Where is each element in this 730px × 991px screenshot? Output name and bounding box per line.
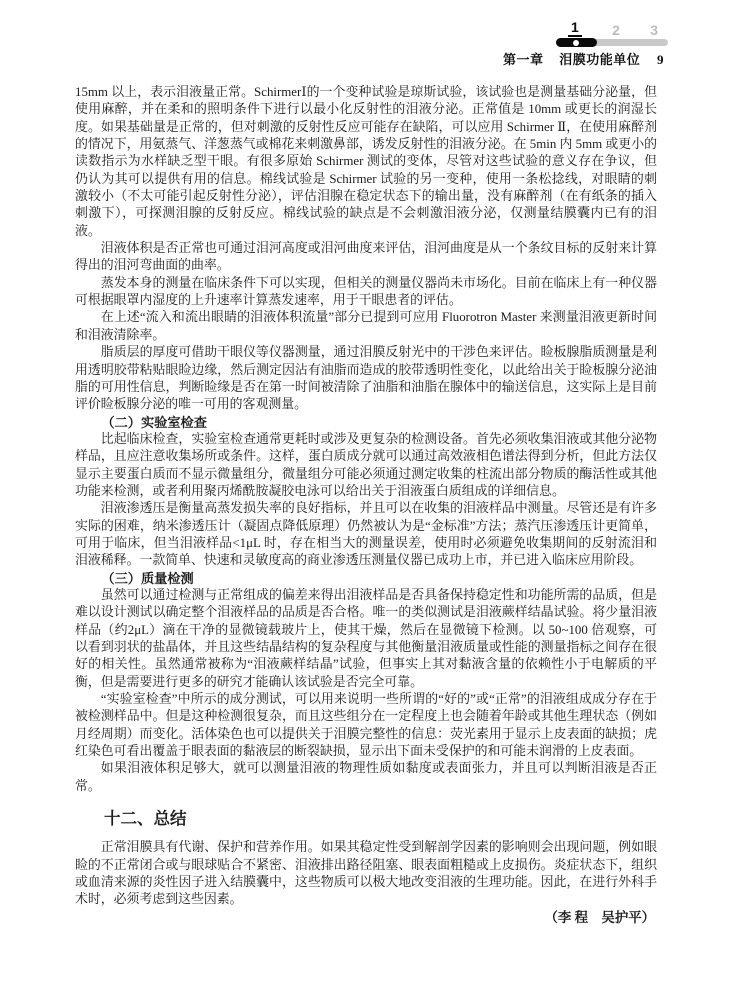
page-progress: 1 2 3 [556,19,668,46]
page-step-list: 1 2 3 [556,19,668,37]
paragraph-continuation: 15mm 以上，表示泪液量正常。SchirmerⅠ的一个变种试验是琼斯试验，该试… [75,84,657,240]
paragraph: “实验室检查”中所示的成分测试，可以用来说明一些所谓的“好的”或“正常”的泪液组… [75,691,657,760]
paragraph: 虽然可以通过检测与正常组成的偏差来得出泪液样品是否具备保持稳定性和功能所需的品质… [75,587,657,691]
paragraph: 脂质层的厚度可借助干眼仪等仪器测量，通过泪膜反射光中的干涉色来评估。睑板腺脂质测… [75,344,657,413]
progress-track[interactable] [556,39,668,46]
subsection-heading-quality-test: （三）质量检测 [75,570,657,587]
paragraph: 在上述“流入和流出眼睛的泪液体积流量”部分已提到可应用 Fluorotron M… [75,309,657,344]
chapter-label: 第一章 [503,52,544,67]
page-step-1[interactable]: 1 [568,20,582,37]
page-number: 9 [657,52,664,67]
section-heading-summary: 十二、总结 [75,811,657,828]
page-body: 15mm 以上，表示泪液量正常。SchirmerⅠ的一个变种试验是琼斯试验，该试… [75,84,657,926]
paragraph: 泪液体积是否正常也可通过泪河高度或泪河曲度来评估，泪河曲度是从一个条纹目标的反射… [75,240,657,275]
paragraph: 比起临床检查，实验室检查通常更耗时或涉及更复杂的检测设备。首先必须收集泪液或其他… [75,431,657,500]
paragraph: 如果泪液体积足够大，就可以测量泪液的物理性质如黏度或表面张力，并且可以判断泪液是… [75,760,657,795]
page-step-2[interactable]: 2 [612,23,620,37]
progress-fill [556,38,597,47]
authors-signature: （李 程 吴护平） [75,909,657,926]
subsection-heading-lab-exam: （二）实验室检查 [75,414,657,431]
paragraph: 泪液渗透压是衡量高蒸发损失率的良好指标，并且可以在收集的泪液样品中测量。尽管还是… [75,500,657,569]
progress-thumb-icon[interactable] [573,40,579,46]
running-header: 第一章 泪膜功能单位 9 [503,49,664,68]
paragraph: 正常泪膜具有代谢、保护和营养作用。如果其稳定性受到解剖学因素的影响则会出现问题，… [75,839,657,908]
chapter-title: 泪膜功能单位 [559,52,640,67]
page-step-3[interactable]: 3 [650,23,658,37]
paragraph: 蒸发本身的测量在临床条件下可以实现，但相关的测量仪器尚未市场化。目前在临床上有一… [75,275,657,310]
book-page: 1 2 3 第一章 泪膜功能单位 9 15mm 以上，表示泪液量正常。Schir… [0,0,730,991]
